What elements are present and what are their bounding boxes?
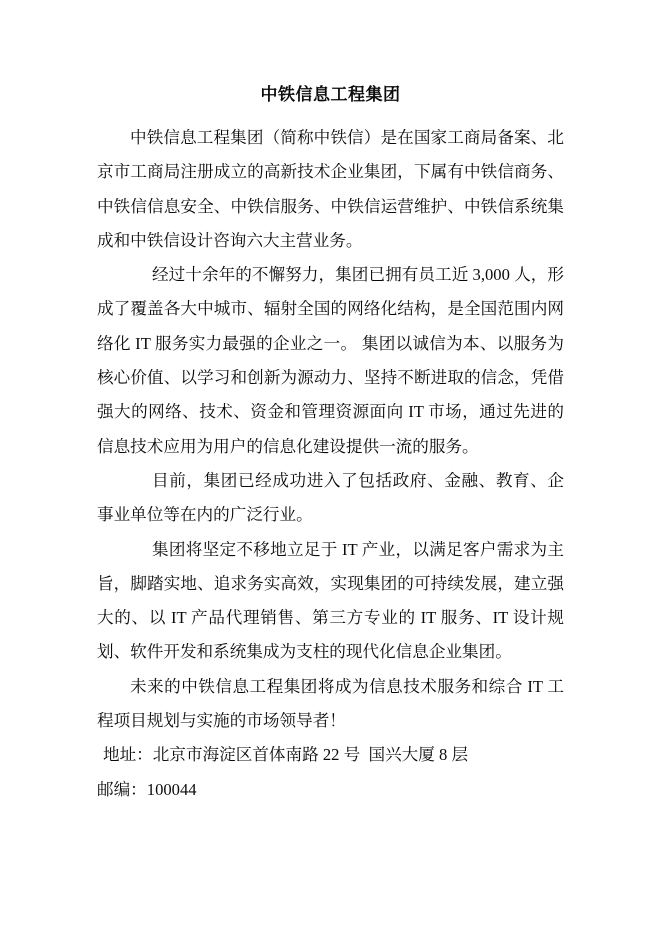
paragraph-future: 未来的中铁信息工程集团将成为信息技术服务和综合 IT 工程项目规划与实施的市场领… (97, 670, 564, 739)
postcode-line: 邮编：100044 (97, 773, 564, 807)
address-line: 地址：北京市海淀区首体南路 22 号 国兴大厦 8 层 (97, 738, 564, 772)
paragraph-industries: 目前，集团已经成功进入了包括政府、金融、教育、企事业单位等在内的广泛行业。 (97, 464, 564, 533)
paragraph-strategy: 集团将坚定不移地立足于 IT 产业，以满足客户需求为主旨，脚踏实地、追求务实高效… (97, 533, 564, 670)
document-page: 中铁信息工程集团 中铁信息工程集团（简称中铁信）是在国家工商局备案、北京市工商局… (0, 0, 661, 935)
document-title: 中铁信息工程集团 (97, 84, 564, 105)
paragraph-intro: 中铁信息工程集团（简称中铁信）是在国家工商局备案、北京市工商局注册成立的高新技术… (97, 121, 564, 258)
paragraph-history-and-values: 经过十余年的不懈努力，集团已拥有员工近 3,000 人，形成了覆盖各大中城市、辐… (97, 258, 564, 464)
